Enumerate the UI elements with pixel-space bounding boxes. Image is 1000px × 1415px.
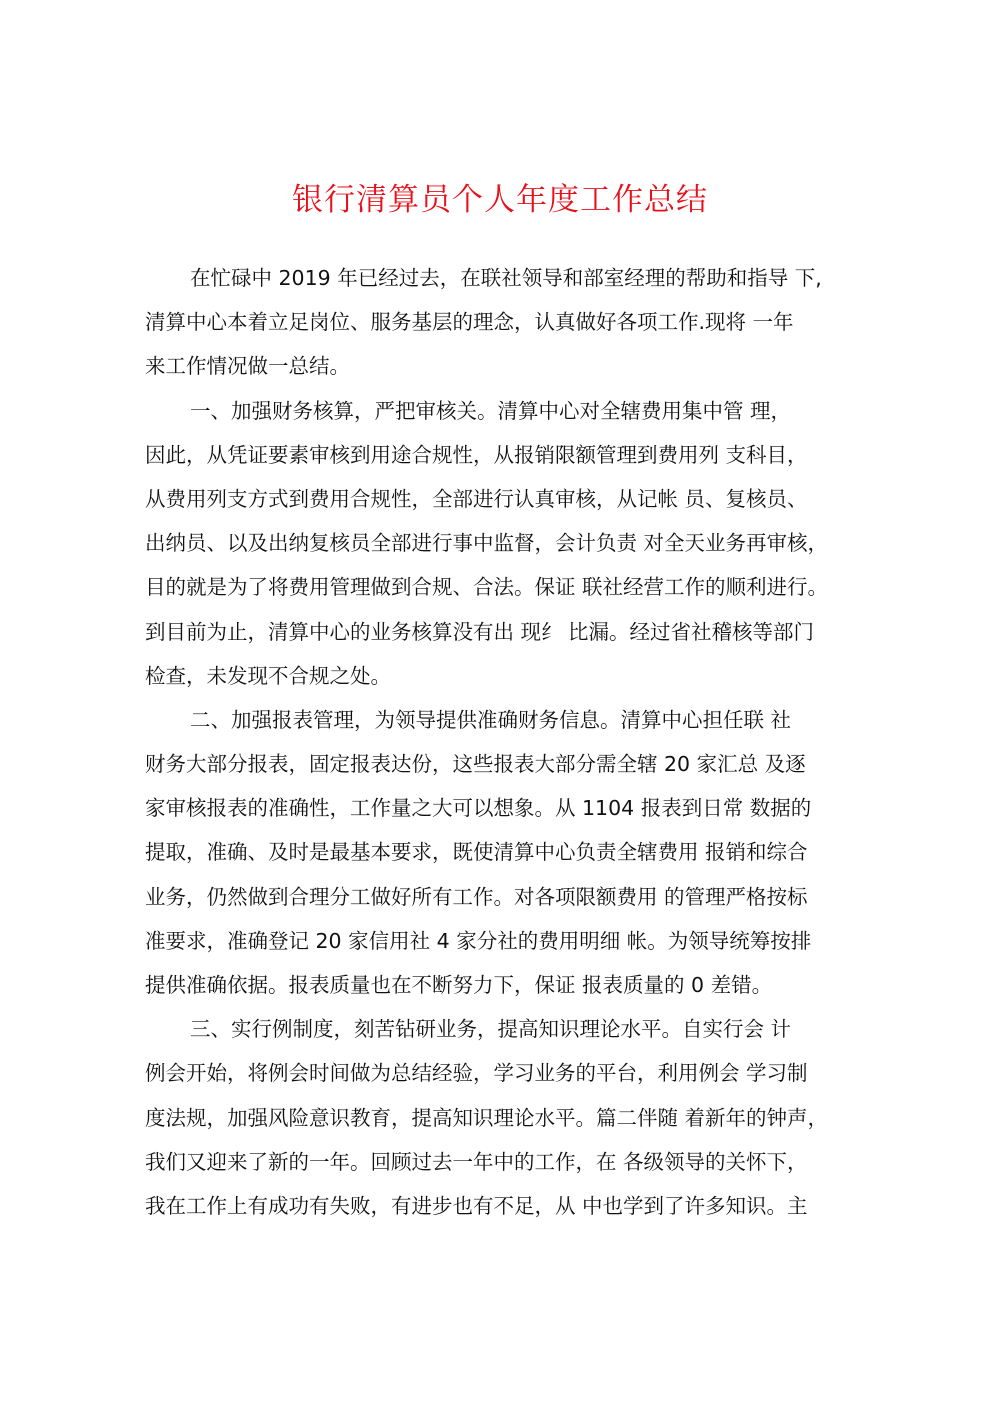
text-line: 清算中心本着立足岗位、服务基层的理念，认真做好各项工作.现将 一年 bbox=[145, 300, 865, 344]
text-line: 一、加强财务核算，严把审核关。清算中心对全辖费用集中管 理， bbox=[145, 389, 865, 433]
paragraph-section-3: 三、实行例制度，刻苦钻研业务，提高知识理论水平。自实行会 计 例会开始，将例会时… bbox=[145, 1007, 865, 1228]
text-line: 到目前为止，清算中心的业务核算没有出 现纟 比漏。经过省社稽核等部门 bbox=[145, 610, 865, 654]
text-line: 度法规，加强风险意识教育，提高知识理论水平。篇二伴随 着新年的钟声， bbox=[145, 1096, 865, 1140]
document-body: 在忙碌中 2019 年已经过去，在联社领导和部室经理的帮助和指导 下, 清算中心… bbox=[145, 256, 865, 1228]
text-line: 业务，仍然做到合理分工做好所有工作。对各项限额费用 的管理严格按标 bbox=[145, 875, 865, 919]
paragraph-section-1: 一、加强财务核算，严把审核关。清算中心对全辖费用集中管 理， 因此，从凭证要素审… bbox=[145, 389, 865, 698]
text-line: 来工作情况做一总结。 bbox=[145, 344, 865, 388]
text-line: 家审核报表的准确性，工作量之大可以想象。从 1104 报表到日常 数据的 bbox=[145, 786, 865, 830]
paragraph-section-2: 二、加强报表管理，为领导提供准确财务信息。清算中心担任联 社 财务大部分报表，固… bbox=[145, 698, 865, 1007]
document-title: 银行清算员个人年度工作总结 bbox=[0, 176, 1000, 224]
text-line: 我在工作上有成功有失败，有进步也有不足，从 中也学到了许多知识。主 bbox=[145, 1184, 865, 1228]
text-line: 在忙碌中 2019 年已经过去，在联社领导和部室经理的帮助和指导 下, bbox=[145, 256, 865, 300]
text-line: 提取，准确、及时是最基本要求，既使清算中心负责全辖费用 报销和综合 bbox=[145, 830, 865, 874]
text-line: 检查，未发现不合规之处。 bbox=[145, 654, 865, 698]
text-line: 例会开始，将例会时间做为总结经验，学习业务的平台，利用例会 学习制 bbox=[145, 1051, 865, 1095]
text-line: 因此，从凭证要素审核到用途合规性，从报销限额管理到费用列 支科目， bbox=[145, 433, 865, 477]
paragraph-intro: 在忙碌中 2019 年已经过去，在联社领导和部室经理的帮助和指导 下, 清算中心… bbox=[145, 256, 865, 389]
text-line: 目的就是为了将费用管理做到合规、合法。保证 联社经营工作的顺利进行。 bbox=[145, 565, 865, 609]
text-line: 我们又迎来了新的一年。回顾过去一年中的工作，在 各级领导的关怀下， bbox=[145, 1140, 865, 1184]
text-line: 从费用列支方式到费用合规性，全部进行认真审核，从记帐 员、复核员、 bbox=[145, 477, 865, 521]
text-line: 三、实行例制度，刻苦钻研业务，提高知识理论水平。自实行会 计 bbox=[145, 1007, 865, 1051]
document-page: 银行清算员个人年度工作总结 在忙碌中 2019 年已经过去，在联社领导和部室经理… bbox=[0, 0, 1000, 1415]
text-line: 财务大部分报表，固定报表达份，这些报表大部分需全辖 20 家汇总 及逐 bbox=[145, 742, 865, 786]
text-line: 二、加强报表管理，为领导提供准确财务信息。清算中心担任联 社 bbox=[145, 698, 865, 742]
text-line: 出纳员、以及出纳复核员全部进行事中监督，会计负责 对全天业务再审核， bbox=[145, 521, 865, 565]
text-line: 提供准确依据。报表质量也在不断努力下，保证 报表质量的 0 差错。 bbox=[145, 963, 865, 1007]
text-line: 准要求，准确登记 20 家信用社 4 家分社的费用明细 帐。为领导统筹按排 bbox=[145, 919, 865, 963]
